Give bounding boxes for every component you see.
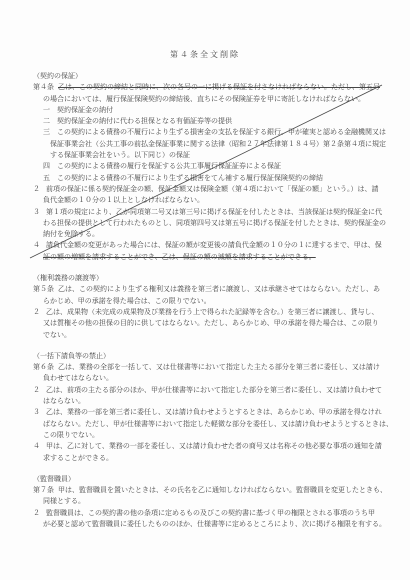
line-text: でない。 — [43, 332, 71, 339]
line-text: 負わせてはならない。 — [43, 375, 113, 382]
line-text: が必要と認めて監督職員に委任したもののほか、仕様書等に定めるところにより、次に掲… — [43, 521, 386, 528]
document-line: 第７条甲は、監督職員を置いたときは、その氏名を乙に通知しなければならない。監督職… — [33, 485, 392, 496]
clause-number: 第５条 — [33, 284, 54, 295]
document-line: ばならない。ただし、甲が仕様書等において指定した軽微な部分を委任し、又は請け負わ… — [33, 419, 392, 430]
clause-number: 第６条 — [33, 362, 54, 373]
struck-line-text: 証の額の増額を請求することができ、乙は、保証の額の減額を請求することができる。 — [43, 254, 316, 261]
clause-number: 第７条 — [33, 485, 54, 496]
document-line: ４請負代金額の変更があった場合には、保証の額が変更後の請負代金額の１０分の１に達… — [33, 240, 392, 251]
document-line: が必要と認めて監督職員に委任したもののほか、仕様書等に定めるところにより、次に掲… — [33, 519, 392, 530]
document-page: 第４条全文削除 （契約の保証）第４条乙は、この契約の締結と同時に、次の各号の一に… — [0, 0, 410, 580]
line-text: 二 契約保証金の納付に代わる担保となる有価証券等の提供 — [43, 118, 232, 125]
document-line: ２乙は、前項の主たる部分のほか、甲が仕様書等において指定した部分を第三者に委任し… — [33, 385, 392, 396]
document-line: 五 この契約による債務の不履行により生ずる損害をてん補する履行保証保険契約の締結 — [33, 173, 392, 184]
contract-section: （監督職員）第７条甲は、監督職員を置いたときは、その氏名を乙に通知しなければなら… — [33, 474, 392, 530]
line-text: 一 契約保証金の納付 — [43, 107, 113, 114]
line-text: する保証事業会社をいう。以下同じ）の保証 — [50, 152, 190, 159]
line-text: 請負代金額の変更があった場合には、保証の額が変更後の請負代金額の１０分の１に達す… — [46, 242, 382, 249]
section-heading: （契約の保証） — [33, 71, 392, 82]
document-line: はならない。 — [33, 396, 392, 407]
clause-number: ４ — [33, 240, 40, 251]
page-title: 第４条全文削除 — [0, 0, 410, 60]
line-text: 乙は、成果物（未完成の成果物及び業務を行う上で得られた記録等を含む。）を第三者に… — [46, 309, 379, 316]
contract-section: （一括下請負等の禁止）第６条乙は、業務の全部を一括して、又は仕様書等において指定… — [33, 351, 392, 464]
section-heading: （監督職員） — [33, 474, 392, 485]
line-text: 四 この契約による債務の履行を保証する公共工事履行保証証券による保証 — [43, 163, 281, 170]
contract-section: （契約の保証）第４条乙は、この契約の締結と同時に、次の各号の一に掲げる保証を付さ… — [33, 71, 392, 263]
line-text: 保証事業会社（公共工事の前払金保証事業に関する法律（昭和２７年法律第１８４号）第… — [50, 141, 386, 148]
contract-section: （権利義務の譲渡等）第５条乙は、この契約により生ずる権利又は義務を第三者に譲渡し… — [33, 273, 392, 341]
line-text: 乙は、この契約により生ずる権利又は義務を第三者に譲渡し、又は承継させてはならない… — [58, 286, 380, 293]
document-line: 納付を免除する。 — [33, 229, 392, 240]
clause-number: 第４条 — [33, 82, 54, 93]
document-line: でない。 — [33, 330, 392, 341]
line-text: 納付を免除する。 — [43, 231, 99, 238]
section-heading: （一括下請負等の禁止） — [33, 351, 392, 362]
clause-number: ２ — [33, 184, 40, 195]
line-text: 三 この契約による債務の不履行により生ずる損害金の支払を保証する銀行、甲が確実と… — [43, 129, 386, 136]
line-text: 監督職員は、この契約書の他の条項に定めるもの及びこの契約書に基づく甲の権限とされ… — [46, 510, 375, 517]
document-line: する保証事業会社をいう。以下同じ）の保証 — [33, 150, 392, 161]
section-heading: （権利義務の譲渡等） — [33, 273, 392, 284]
document-line: 負わせてはならない。 — [33, 373, 392, 384]
line-text: 前項の保証に係る契約保証金の額、保証金額又は保険金額（第４項において「保証の額」… — [46, 186, 379, 193]
struck-line-text: 乙は、この契約の締結と同時に、次の各号の一に掲げる保証を付さなければならない。た… — [58, 84, 380, 91]
document-line: ２前項の保証に係る契約保証金の額、保証金額又は保険金額（第４項において「保証の額… — [33, 184, 392, 195]
line-text: 乙は、前項の主たる部分のほか、甲が仕様書等において指定した部分を第三者に委任し、… — [46, 387, 382, 394]
document-line: 負代金額の１０分の１以上としなければならない。 — [33, 195, 392, 206]
clause-number: ２ — [33, 385, 40, 396]
document-line: 保証事業会社（公共工事の前払金保証事業に関する法律（昭和２７年法律第１８４号）第… — [33, 139, 392, 150]
line-text: はならない。 — [43, 398, 85, 405]
line-text: 乙は、業務の全部を一括して、又は仕様書等において指定した主たる部分を第三者に委任… — [58, 364, 380, 371]
document-line: 第５条乙は、この契約により生ずる権利又は義務を第三者に譲渡し、又は承継させてはな… — [33, 284, 392, 295]
document-line: わる担保の提供として行われたものとし、同項第四号又は第五号に掲げる保証を付したと… — [33, 218, 392, 229]
line-text: 又は質権その他の担保の目的に供してはならない。ただし、あらかじめ、甲の承諾を得た… — [43, 320, 379, 327]
document-line: 一 契約保証金の納付 — [33, 105, 392, 116]
line-text: ばならない。ただし、甲が仕様書等において指定した軽微な部分を委任し、又は請け負わ… — [43, 421, 393, 428]
document-line: ４甲は、乙に対して、業務の一部を委任し、又は請け負わせた者の商号又は名称その他必… — [33, 441, 392, 452]
clause-number: ２ — [33, 307, 40, 318]
document-line: 四 この契約による債務の履行を保証する公共工事履行保証証券による保証 — [33, 161, 392, 172]
clause-number: ４ — [33, 441, 40, 452]
document-line: 又は質権その他の担保の目的に供してはならない。ただし、あらかじめ、甲の承諾を得た… — [33, 318, 392, 329]
line-text: 甲は、乙に対して、業務の一部を委任し、又は請け負わせた者の商号又は名称その他必要… — [46, 443, 382, 450]
document-line: ２監督職員は、この契約書の他の条項に定めるもの及びこの契約書に基づく甲の権限とさ… — [33, 508, 392, 519]
document-line: ３乙は、業務の一部を第三者に委任し、又は請け負わせようとするときは、あらかじめ、… — [33, 407, 392, 418]
line-text: 五 この契約による債務の不履行により生ずる損害をてん補する履行保証保険契約の締結 — [43, 175, 323, 182]
clause-number: ３ — [33, 407, 40, 418]
document-line: この限りでない。 — [33, 430, 392, 441]
line-text: の場合においては、履行保証保険契約の締結後、直ちにその保険証券を甲に寄託しなけれ… — [43, 96, 365, 103]
document-line: ３第１項の規定により、乙が同項第二号又は第三号に掲げる保証を付したときは、当該保… — [33, 207, 392, 218]
line-text: 求することができる。 — [43, 455, 113, 462]
line-text: 甲は、監督職員を置いたときは、その氏名を乙に通知しなければならない。監督職員を変… — [58, 487, 387, 494]
document-line: らかじめ、甲の承諾を得た場合は、この限りでない。 — [33, 296, 392, 307]
document-line: 求することができる。 — [33, 453, 392, 464]
line-text: この限りでない。 — [43, 432, 99, 439]
line-text: わる担保の提供として行われたものとし、同項第四号又は第五号に掲げる保証を付したと… — [43, 220, 386, 227]
line-text: 負代金額の１０分の１以上としなければならない。 — [43, 197, 204, 204]
clause-number: ３ — [33, 207, 40, 218]
document-line: 第６条乙は、業務の全部を一括して、又は仕様書等において指定した主たる部分を第三者… — [33, 362, 392, 373]
line-text: 乙は、業務の一部を第三者に委任し、又は請け負わせようとするときは、あらかじめ、甲… — [46, 409, 382, 416]
line-text: 第１項の規定により、乙が同項第二号又は第三号に掲げる保証を付したときは、当該保証… — [46, 209, 382, 216]
document-line: 二 契約保証金の納付に代わる担保となる有価証券等の提供 — [33, 116, 392, 127]
document-line: 同様とする。 — [33, 496, 392, 507]
line-text: 同様とする。 — [43, 498, 85, 505]
document-line: の場合においては、履行保証保険契約の締結後、直ちにその保険証券を甲に寄託しなけれ… — [33, 94, 392, 105]
line-text: らかじめ、甲の承諾を得た場合は、この限りでない。 — [43, 298, 211, 305]
document-line: 三 この契約による債務の不履行により生ずる損害金の支払を保証する銀行、甲が確実と… — [33, 127, 392, 138]
document-line: ２乙は、成果物（未完成の成果物及び業務を行う上で得られた記録等を含む。）を第三者… — [33, 307, 392, 318]
clause-number: ２ — [33, 508, 40, 519]
document-line: 第４条乙は、この契約の締結と同時に、次の各号の一に掲げる保証を付さなければならな… — [33, 82, 392, 93]
document-line: 証の額の増額を請求することができ、乙は、保証の額の減額を請求することができる。 — [33, 252, 392, 263]
document-sections: （契約の保証）第４条乙は、この契約の締結と同時に、次の各号の一に掲げる保証を付さ… — [33, 71, 392, 530]
